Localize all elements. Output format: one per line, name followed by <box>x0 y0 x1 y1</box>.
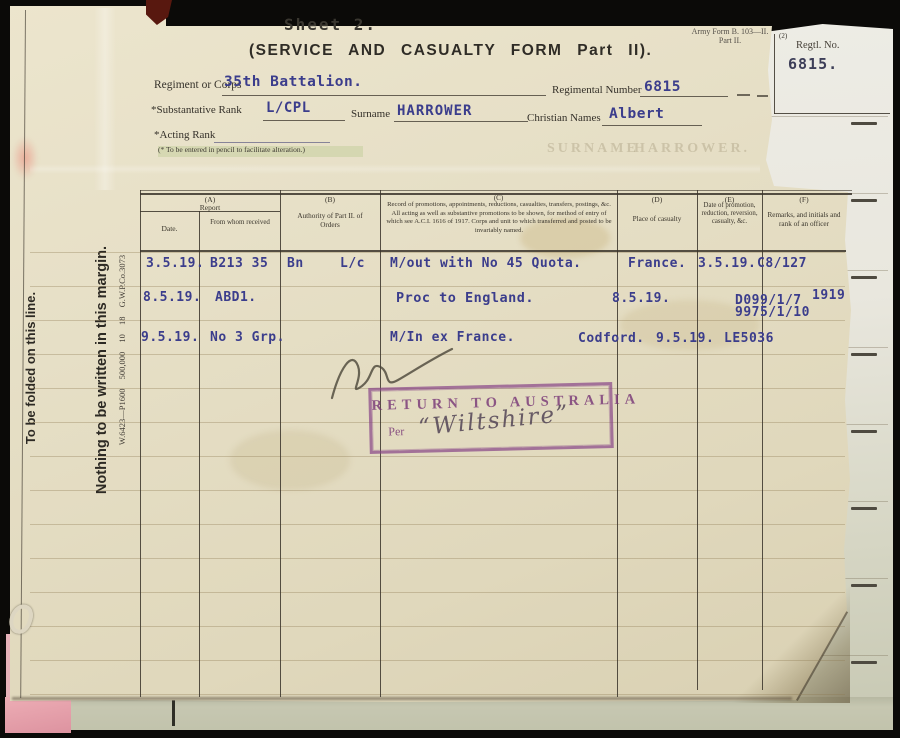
army-form-ref-line1: Army Form B. 103—II. <box>666 27 794 36</box>
ghost-surname-word: SURNAME <box>547 141 639 157</box>
row1-authority-b: L/c <box>340 256 365 271</box>
row3-from-whom: No 3 Grp. <box>210 330 285 345</box>
card-number: 6815. <box>788 55 838 73</box>
regiment-value: 35th Battalion. <box>224 74 362 90</box>
table-col-line <box>199 211 200 697</box>
card-tick <box>851 199 877 202</box>
card-tick <box>851 584 877 587</box>
table-header-bottom <box>140 250 846 252</box>
row3-place: Codford. <box>578 331 645 346</box>
row2-date: 8.5.19. <box>143 290 201 305</box>
surname-value: HARROWER <box>397 103 472 119</box>
col-d-label: Place of casualty <box>627 215 687 224</box>
return-to-australia-stamp: RETURN TO AUSTRALIA Per “Wiltshire” <box>368 382 614 454</box>
card-tick <box>851 507 877 510</box>
row2-event-date: 8.5.19. <box>612 291 670 306</box>
col-a-sub-date: Date. <box>140 224 199 233</box>
col-b-letter: (B) <box>280 195 380 204</box>
row3-remarks: LE5036 <box>724 331 774 346</box>
table-col-line <box>617 190 618 697</box>
row1-from-whom: B213 35 <box>210 256 268 271</box>
field-underline <box>640 96 728 97</box>
row1-remarks: C8/127 <box>757 256 807 271</box>
col-e-label: Date of promotion, reduction, reversion,… <box>700 202 759 226</box>
army-form-ref: Army Form B. 103—II. Part II. <box>666 27 794 45</box>
paper-crease <box>94 8 116 190</box>
col-f-label: Remarks, and initials and rank of an off… <box>766 211 842 229</box>
field-underline <box>263 120 345 121</box>
ghost-name-word: HARROWER. <box>634 141 750 157</box>
stamp-per-label: Per <box>388 424 404 439</box>
regimental-number-value: 6815 <box>644 79 681 95</box>
col-a-group: Report <box>140 203 280 212</box>
field-underline <box>394 121 528 122</box>
fastener-loop <box>6 601 36 636</box>
card-tick <box>851 353 877 356</box>
row2-from-whom: ABD1. <box>215 290 257 305</box>
table-col-line <box>140 190 141 697</box>
ruled-lines <box>30 252 845 698</box>
table-border-top-thin <box>140 190 852 191</box>
row1-record: M/out with No 45 Quota. <box>390 256 582 271</box>
col-d-letter: (D) <box>617 195 697 204</box>
paper-fastener <box>6 602 36 640</box>
field-underline <box>602 125 702 126</box>
row1-event-date: 3.5.19. <box>698 256 756 271</box>
col-a-sub-fromwhom: From whom received <box>201 218 279 226</box>
christian-names-label: Christian Names <box>527 112 601 124</box>
col-f-letter: (F) <box>762 195 846 204</box>
card-tick <box>851 430 877 433</box>
acting-rank-label: *Acting Rank <box>154 129 215 141</box>
field-underline <box>214 142 330 143</box>
sheet-label: Sheet 2. <box>284 15 377 34</box>
substantive-rank-value: L/CPL <box>266 100 311 116</box>
row3-record: M/In ex France. <box>390 330 515 345</box>
row1-date: 3.5.19. <box>146 256 204 271</box>
pen-dash <box>757 95 768 97</box>
row2-record: Proc to England. <box>396 290 534 306</box>
card-tick <box>851 276 877 279</box>
row3-event-date: 9.5.19. <box>656 331 714 346</box>
field-underline <box>222 95 546 96</box>
christian-names-value: Albert <box>609 106 664 122</box>
paper-crease <box>30 164 760 174</box>
card-box-line-h <box>774 113 890 114</box>
pen-dash <box>737 94 750 96</box>
row1-place: France. <box>628 256 686 271</box>
bottom-tick <box>172 700 175 726</box>
pink-slip <box>5 697 71 733</box>
table-col-line <box>280 190 281 697</box>
row2-remarks-2: 9975/1/10 <box>735 305 810 320</box>
regimental-number-label: Regimental Number <box>552 84 642 96</box>
surname-label: Surname <box>351 108 390 120</box>
footnote: (* To be entered in pencil to facilitate… <box>158 145 305 154</box>
card-tick <box>851 122 877 125</box>
col-b-label: Authority of Part II. of Orders <box>292 212 368 230</box>
card-tick <box>851 661 877 664</box>
row2-remarks-year: 1919 <box>812 288 845 303</box>
army-form-ref-line2: Part II. <box>666 36 794 45</box>
row3-date: 9.5.19. <box>141 330 199 345</box>
substantive-rank-label: *Substantative Rank <box>151 104 242 116</box>
form-title: (SERVICE AND CASUALTY FORM Part II). <box>249 42 652 60</box>
document-scan: (2) Regtl. No. 6815. To be folded on thi… <box>0 0 900 738</box>
col-c-label: Record of promotions, appointments, redu… <box>384 201 614 235</box>
row1-authority-a: Bn <box>287 256 304 271</box>
card-title: Regtl. No. <box>796 40 839 51</box>
card-box-line-v <box>774 34 775 114</box>
